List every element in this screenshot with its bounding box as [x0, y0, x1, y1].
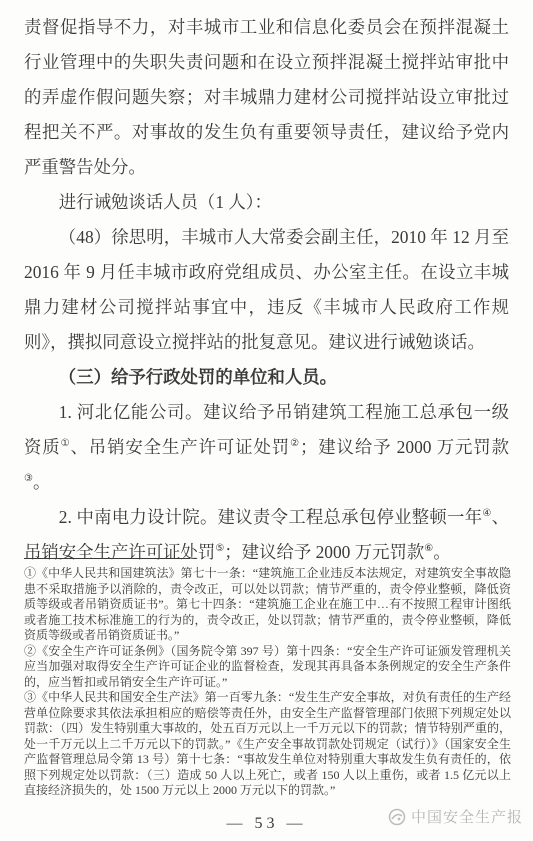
footnote-ref-5: ⑤ [215, 543, 224, 554]
penalty-item-1-text-b: 、吊销安全生产许可证处罚 [70, 437, 290, 457]
continuation-paragraph: 责督促指导不力，对丰城市工业和信息化委员会在预拌混凝土行业管理中的失职失责问题和… [24, 10, 509, 185]
footnote-1: ①《中华人民共和国建筑法》第七十一条：“建筑施工企业违反本法规定，对建筑安全事故… [24, 566, 511, 644]
document-page: 责督促指导不力，对丰城市工业和信息化委员会在预拌混凝土行业管理中的失职失责问题和… [0, 0, 533, 841]
watermark-text: 中国安全生产报 [411, 806, 523, 827]
penalty-item-1: 1. 河北亿能公司。建议给予吊销建筑工程施工总承包一级资质①、吊销安全生产许可证… [24, 395, 509, 500]
penalty-item-1-text-d: 。 [33, 472, 50, 492]
china-safety-news-logo-icon [388, 808, 406, 826]
document-body: 责督促指导不力，对丰城市工业和信息化委员会在预拌混凝土行业管理中的失职失责问题和… [24, 10, 509, 570]
section-heading: （三）给予行政处罚的单位和人员。 [24, 360, 509, 395]
penalty-item-2-text-a: 2. 中南电力设计院。建议责令工程总承包停业整顿一年 [59, 507, 483, 527]
person-48-paragraph: （48）徐思明，丰城市人大常委会副主任，2010 年 12 月至 2016 年 … [24, 220, 509, 360]
footnote-3: ③《中华人民共和国安全生产法》第一百零九条：“发生生产安全事故，对负有责任的生产… [24, 690, 511, 799]
footnote-ref-4: ④ [482, 508, 491, 519]
footnotes-section: ①《中华人民共和国建筑法》第七十一条：“建筑施工企业违反本法规定，对建筑安全事故… [24, 558, 511, 799]
footnote-2: ②《安全生产许可证条例》（国务院令第 397 号）第十四条：“安全生产许可证颁发… [24, 644, 511, 691]
penalty-item-1-text-c: ；建议给予 2000 万元罚款 [300, 437, 509, 457]
footnote-ref-6: ⑥ [424, 543, 433, 554]
footnote-ref-3: ③ [24, 473, 33, 484]
footnote-ref-2: ② [290, 438, 300, 449]
footnote-separator [24, 558, 190, 559]
footnote-ref-1: ① [61, 438, 71, 449]
watermark: 中国安全生产报 [388, 806, 523, 827]
admonition-talk-line: 进行诫勉谈话人员（1 人）： [24, 185, 509, 220]
